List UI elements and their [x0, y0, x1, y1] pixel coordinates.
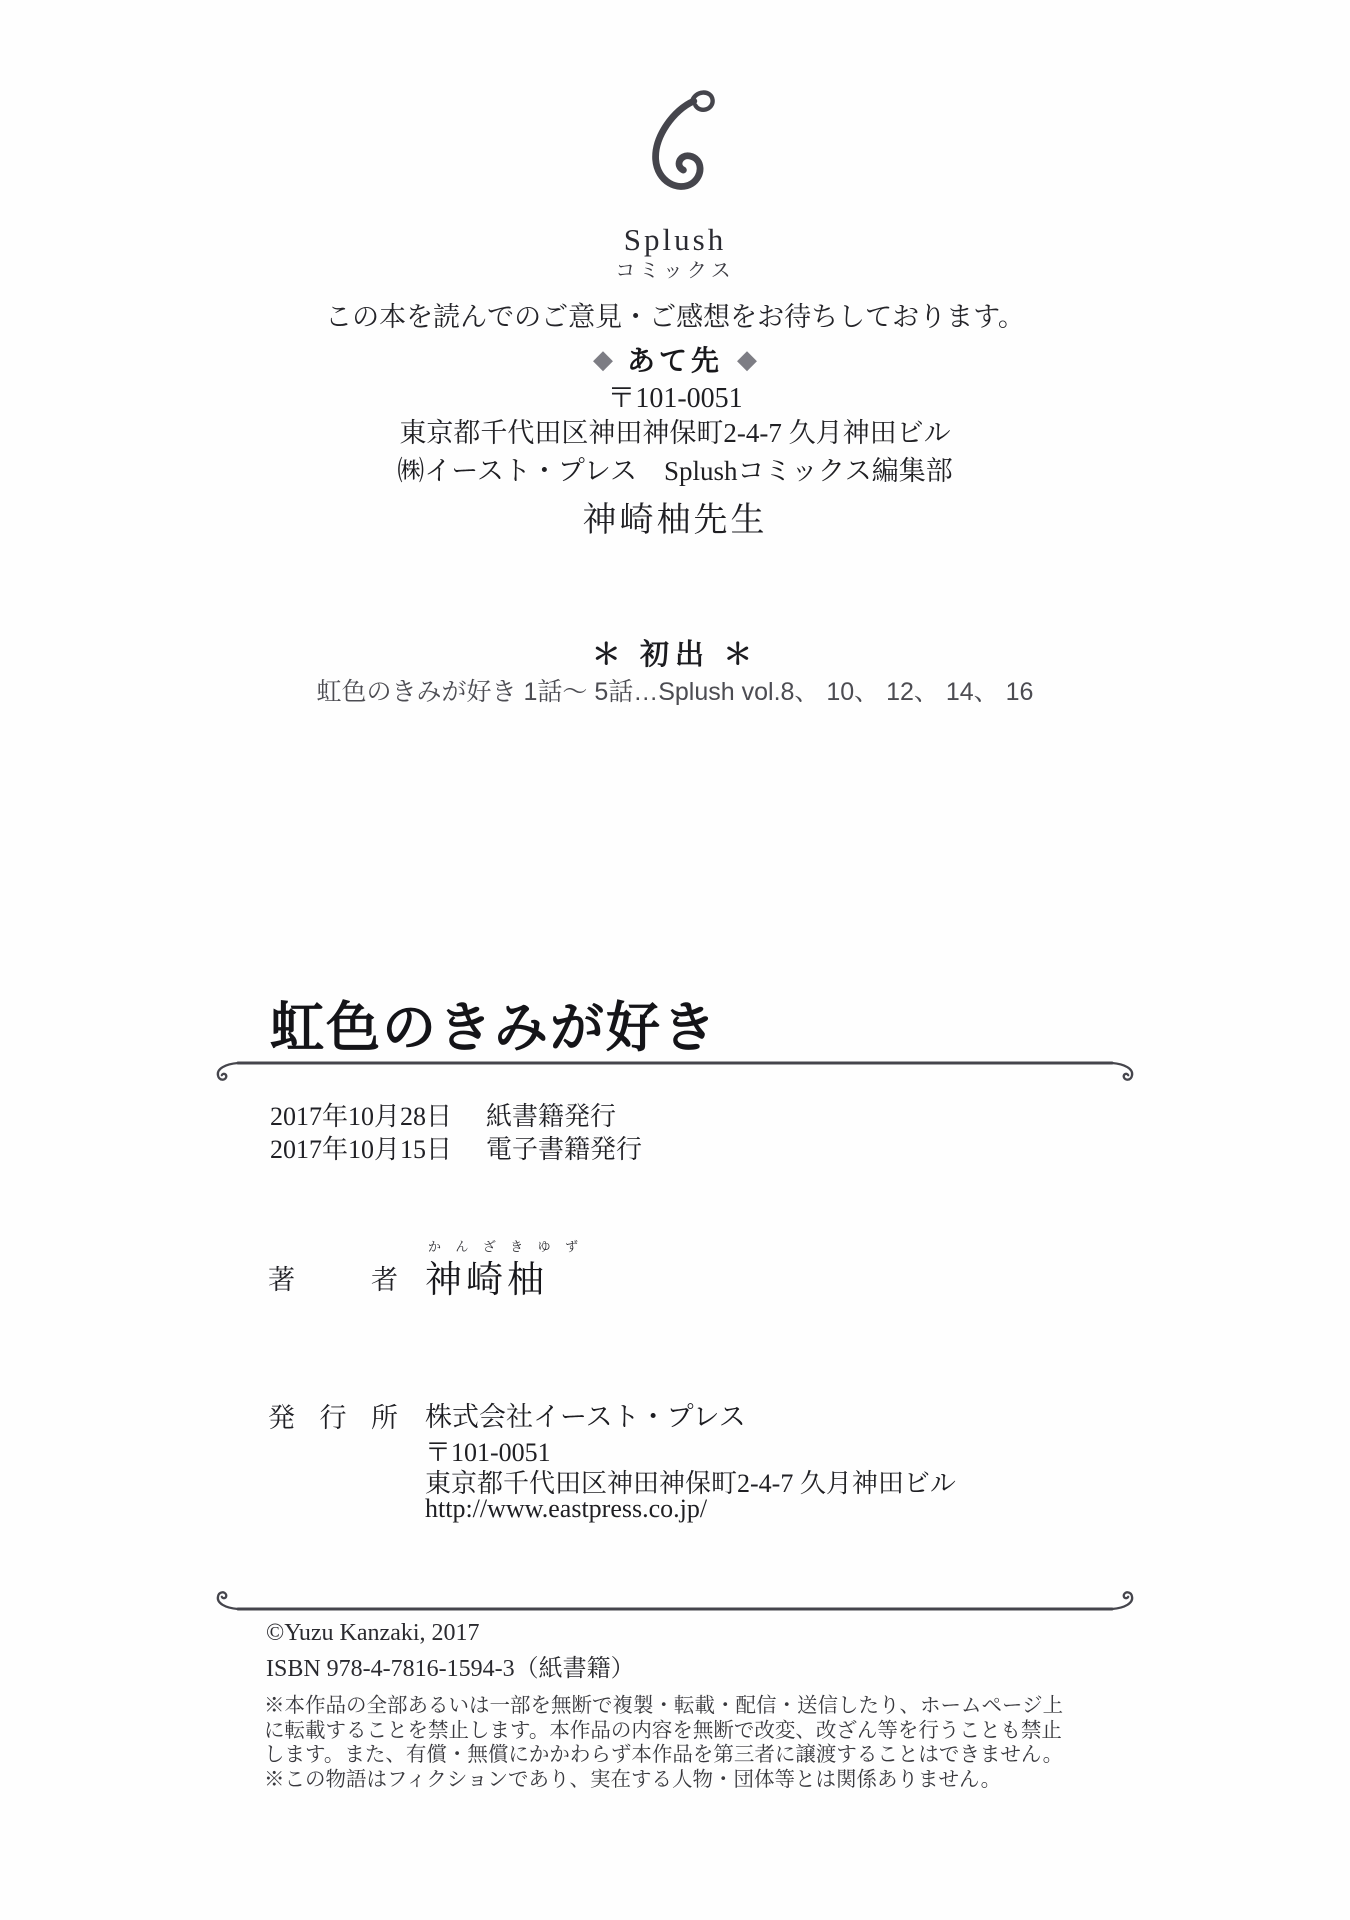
digital-publication-date: 2017年10月15日電子書籍発行: [270, 1129, 642, 1166]
legal-notice: ※本作品の全部あるいは一部を無断で複製・転載・配信・送信したり、ホームページ上 …: [264, 1694, 1063, 1792]
author-field-label: 著 者: [268, 1258, 398, 1297]
addressee-label: あて先: [627, 345, 723, 376]
feedback-recipient: 神崎柚先生: [0, 492, 1350, 541]
publisher-field-label: 発 行 所: [268, 1396, 398, 1435]
digital-date-label: 電子書籍発行: [486, 1135, 642, 1164]
feedback-department: ㈱イースト・プレス Splushコミックス編集部: [0, 449, 1350, 488]
feedback-postal-code: 〒101-0051: [0, 376, 1350, 416]
book-title: 虹色のきみが好き: [270, 985, 718, 1062]
print-publication-date: 2017年10月28日紙書籍発行: [270, 1096, 616, 1133]
logo-wordmark: Splush: [0, 222, 1350, 258]
digital-date: 2017年10月15日: [270, 1135, 452, 1164]
print-date: 2017年10月28日: [270, 1102, 452, 1131]
first-appearance-detail: 虹色のきみが好き 1話〜 5話…Splush vol.8、 10、 12、 14…: [0, 672, 1350, 708]
print-date-label: 紙書籍発行: [486, 1102, 616, 1131]
legal-line: ※この物語はフィクションであり、実在する人物・団体等とは関係ありません。: [264, 1768, 1063, 1793]
legal-line: ※本作品の全部あるいは一部を無断で複製・転載・配信・送信したり、ホームページ上: [264, 1694, 1063, 1719]
splush-s-glyph: [628, 86, 722, 204]
publisher-url: http://www.eastpress.co.jp/: [425, 1494, 707, 1524]
publisher-name: 株式会社イースト・プレス: [425, 1395, 746, 1434]
colophon-page: Splush コミックス この本を読んでのご意見・ご感想をお待ちしております。 …: [0, 0, 1350, 1920]
author-name: 神崎柚: [425, 1249, 548, 1303]
diamond-icon: ◆: [593, 345, 613, 374]
first-appearance-heading: ＊ 初出 ＊: [0, 632, 1350, 673]
addressee-heading: ◆あて先◆: [0, 339, 1350, 379]
legal-line: します。また、有償・無償にかかわらず本作品を第三者に譲渡することはできません。: [264, 1743, 1063, 1768]
feedback-address: 東京都千代田区神田神保町2-4-7 久月神田ビル: [0, 411, 1350, 450]
splush-logo-icon: [0, 86, 1350, 204]
feedback-intro: この本を読んでのご意見・ご感想をお待ちしております。: [0, 295, 1350, 334]
decorative-rule-bottom: [211, 1586, 1139, 1618]
legal-line: に転載することを禁止します。本作品の内容を無断で改変、改ざん等を行うことも禁止: [264, 1719, 1063, 1744]
logo-subtitle: コミックス: [0, 254, 1350, 283]
isbn-number: ISBN 978-4-7816-1594-3（紙書籍）: [266, 1648, 635, 1683]
copyright-notice: ©Yuzu Kanzaki, 2017: [266, 1620, 480, 1647]
decorative-rule-top: [211, 1054, 1139, 1086]
diamond-icon: ◆: [737, 345, 757, 374]
